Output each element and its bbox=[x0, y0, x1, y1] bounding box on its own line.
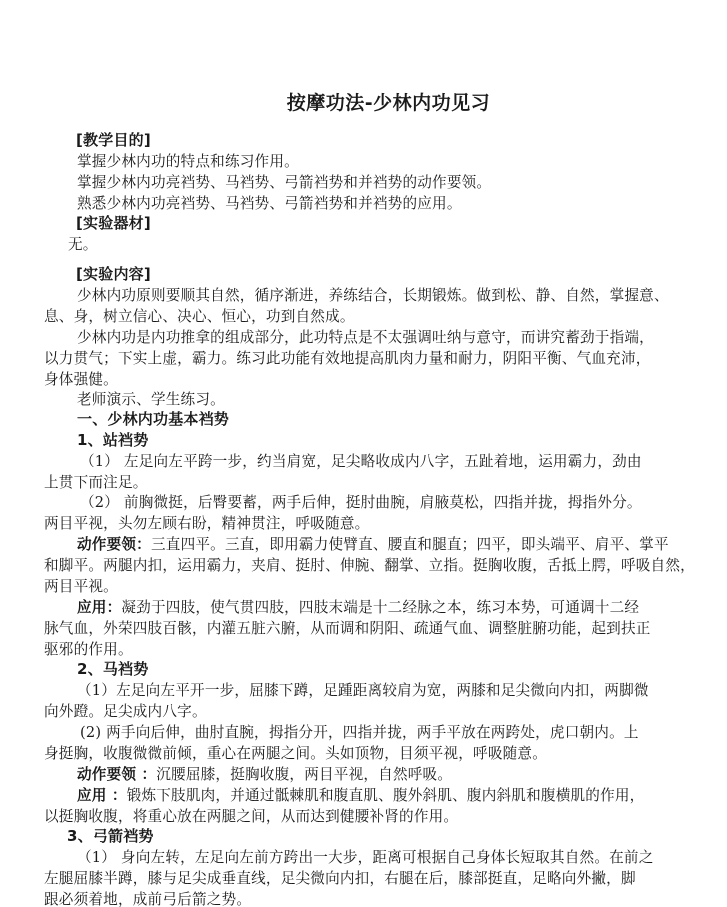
paragraph-line: (2) 两手向后伸，曲肘直腕，拇指分开，四指并拢，两手平放在两跨处，虎口朝内。上 bbox=[80, 722, 639, 743]
application-label: 应用： bbox=[77, 599, 121, 616]
paragraph-line: 老师演示、学生练习。 bbox=[77, 389, 225, 410]
essentials-label: 动作要领 ： bbox=[77, 766, 156, 783]
purpose-item: 掌握少林内功的特点和练习作用。 bbox=[77, 151, 299, 172]
paragraph-line: 两目平视，头勿左顾右盼，精神贯注，呼吸随意。 bbox=[44, 513, 369, 534]
paragraph-line: 身挺胸，收腹微微前倾，重心在两腿之间。头如顶物，目须平视，呼吸随意。 bbox=[44, 743, 547, 764]
paragraph-line: （2） 前胸微挺，后臀要蓄，两手后伸，挺肘曲腕，肩腋莫松，四指并拢，拇指外分。 bbox=[80, 492, 642, 513]
purpose-item: 熟悉少林内功亮裆势、马裆势、弓箭裆势和并裆势的应用。 bbox=[77, 193, 462, 214]
stance2-heading: 2、马裆势 bbox=[77, 659, 148, 680]
paragraph-line: 驱邪的作用。 bbox=[44, 639, 133, 660]
paragraph-line: 动作要领 ：沉腰屈膝，挺胸收腹，两目平视，自然呼吸。 bbox=[77, 764, 452, 785]
paragraph-line: （1） 身向左转，左足向左前方跨出一大步，距离可根据自己身体长短取其自然。在前之 bbox=[77, 847, 654, 868]
content-heading: [实验内容] bbox=[76, 264, 151, 285]
paragraph-line: 以力贯气；下实上虚，霸力。练习此功能有效地提高肌肉力量和耐力，阴阳平衡、气血充沛… bbox=[44, 348, 651, 369]
paragraph-line: 应用：凝劲于四肢，使气贯四肢，四肢末端是十二经脉之本，练习本势，可通调十二经 bbox=[77, 597, 639, 618]
stance3-heading: 3、弓箭裆势 bbox=[67, 826, 154, 847]
application-label: 应用 ： bbox=[77, 787, 127, 804]
paragraph-line: 向外蹬。足尖成内八字。 bbox=[44, 701, 207, 722]
stance1-heading: 1、站裆势 bbox=[77, 430, 148, 451]
paragraph-line: 动作要领：三直四平。三直，即用霸力使臂直、腰直和腿直；四平，即头端平、肩平、掌平 bbox=[77, 534, 669, 555]
equipment-text: 无。 bbox=[68, 234, 98, 255]
paragraph-line: 以挺胸收腹，将重心放在两腿之间，从而达到健腰补肾的作用。 bbox=[44, 806, 458, 827]
document-title: 按摩功法-少林内功见习 bbox=[0, 88, 727, 115]
paragraph-line: 跟必须着地，成前弓后箭之势。 bbox=[44, 889, 251, 907]
equipment-heading: [实验器材] bbox=[76, 213, 151, 234]
paragraph-line: 上贯下而注足。 bbox=[44, 472, 148, 493]
purpose-heading: [教学目的] bbox=[76, 130, 151, 151]
essentials-label: 动作要领： bbox=[77, 536, 151, 553]
paragraph-line: （1） 左足向左平跨一步，约当肩宽，足尖略收成内八字，五趾着地，运用霸力，劲由 bbox=[80, 451, 642, 472]
purpose-item: 掌握少林内功亮裆势、马裆势、弓箭裆势和并裆势的动作要领。 bbox=[77, 172, 491, 193]
paragraph-line: （1）左足向左平开一步，屈膝下蹲，足踵距离较肩为宽，两膝和足尖微向内扣，两脚微 bbox=[77, 680, 649, 701]
paragraph-line: 身体强健。 bbox=[44, 369, 118, 390]
paragraph-line: 应用 ：锻炼下肢肌肉，并通过骶棘肌和腹直肌、腹外斜肌、腹内斜肌和腹横肌的作用， bbox=[77, 785, 644, 806]
paragraph-line: 左腿屈膝半蹲，膝与足尖成垂直线，足尖微向内扣，右腿在后，膝部挺直，足略向外撇，脚 bbox=[44, 868, 636, 889]
paragraph-line: 息、身，树立信心、决心、恒心，功到自然成。 bbox=[44, 306, 355, 327]
paragraph-line: 和脚平。两腿内扣，运用霸力，夹肩、挺肘、伸腕、翻掌、立指。挺胸收腹，舌抵上腭，呼… bbox=[44, 555, 695, 576]
paragraph-line: 少林内功原则要顺其自然，循序渐进，养练结合，长期锻炼。做到松、静、自然，掌握意、 bbox=[77, 285, 669, 306]
paragraph-line: 脉气血，外荣四肢百骸，内灌五脏六腑，从而调和阴阳、疏通气血、调整脏腑功能，起到扶… bbox=[44, 618, 651, 639]
part1-heading: 一、少林内功基本裆势 bbox=[77, 409, 229, 430]
paragraph-line: 少林内功是内功推拿的组成部分，此功特点是不太强调吐纳与意守，而讲究蓄劲于指端， bbox=[77, 327, 654, 348]
paragraph-line: 两目平视。 bbox=[44, 576, 118, 597]
